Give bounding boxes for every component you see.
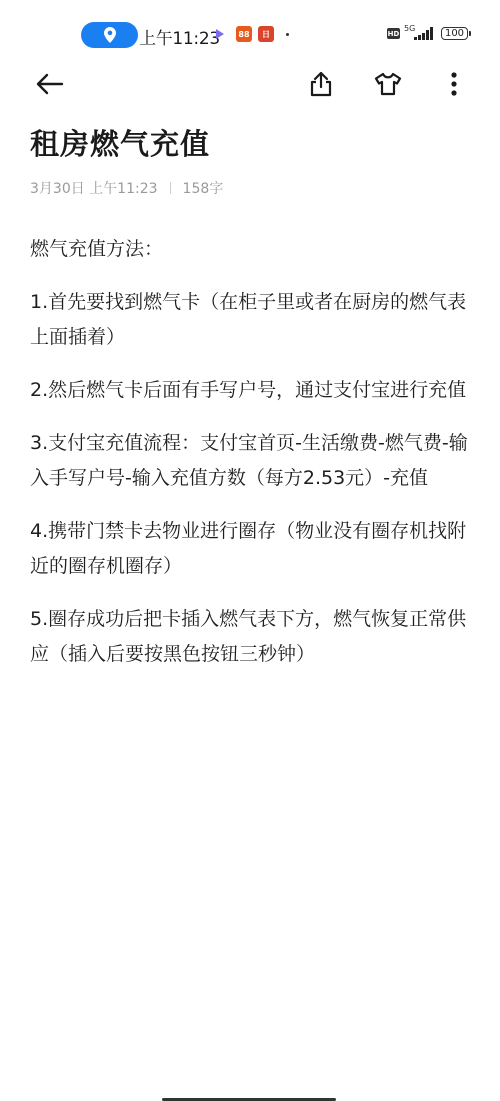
video-app-icon [216,29,224,39]
note-date: 3月30日 上午11:23 [30,178,158,198]
back-button[interactable] [28,62,72,106]
word-count: 158字 [183,178,224,198]
more-notifications-dot-icon [286,33,289,36]
note-paragraph: 2.然后燃气卡后面有手写户号，通过支付宝进行充值 [30,373,475,408]
more-options-button[interactable] [432,62,476,106]
signal-strength-icon [414,27,433,40]
share-button[interactable] [299,62,343,106]
hd-icon: HD [387,28,400,39]
more-vertical-icon [451,72,457,96]
note-paragraph: 燃气充值方法： [30,232,475,267]
note-paragraph: 3.支付宝充值流程：支付宝首页-生活缴费-燃气费-输入手写户号-输入充值方数（每… [30,426,475,496]
arrow-left-icon [36,73,64,95]
toutiao-app-icon: 日 [258,26,274,42]
share-icon [309,71,333,97]
meta-divider [170,182,171,194]
location-pin-icon [104,27,116,43]
theme-button[interactable] [366,62,410,106]
note-meta: 3月30日 上午11:23 158字 [30,178,223,198]
note-paragraph: 4.携带门禁卡去物业进行圈存（物业没有圈存机找附近的圈存机圈存） [30,514,475,584]
battery-icon: 100 [441,27,468,40]
note-paragraph: 5.圈存成功后把卡插入燃气表下方，燃气恢复正常供应（插入后要按黑色按钮三秒钟） [30,602,475,672]
note-title[interactable]: 租房燃气充值 [30,122,210,163]
note-paragraph: 1.首先要找到燃气卡（在柜子里或者在厨房的燃气表上面插着） [30,285,475,355]
battery-level: 100 [445,28,464,39]
tshirt-icon [374,72,402,96]
status-bar: 上午11:23 88 日 HD 5G 100 [0,0,500,55]
note-toolbar [0,62,500,106]
kuaishou-app-icon: 88 [236,26,252,42]
note-body[interactable]: 燃气充值方法： 1.首先要找到燃气卡（在柜子里或者在厨房的燃气表上面插着） 2.… [30,232,475,690]
status-time: 上午11:23 [139,24,220,49]
location-indicator[interactable] [81,22,138,48]
